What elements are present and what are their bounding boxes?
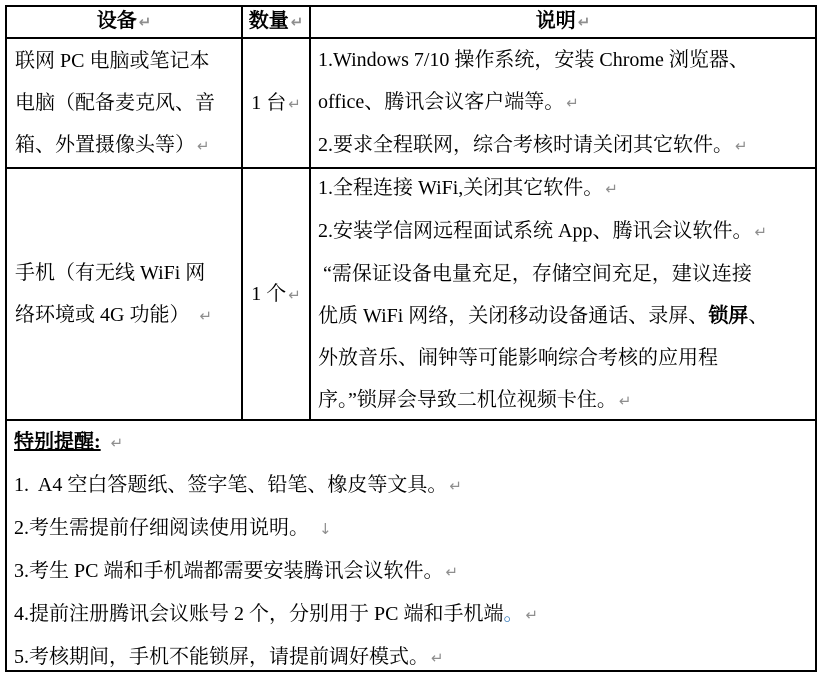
- phone-desc-line6: 序。”锁屏会导致二机位视频卡住。↵: [318, 379, 815, 422]
- pc-device-line3: 箱、外置摄像头等）↵: [15, 124, 241, 167]
- header-cell-device: 设备↵: [7, 7, 243, 37]
- pc-quantity-cell: 1 台↵: [243, 39, 311, 167]
- phone-quantity-cell: 1 个↵: [243, 169, 311, 419]
- paragraph-mark-icon: ↵: [449, 477, 462, 495]
- paragraph-mark-icon: ↵: [288, 95, 301, 113]
- pc-desc-line3: 2.要求全程联网，综合考核时请关闭其它软件。↵: [318, 124, 815, 167]
- pc-desc-line2-text: office、腾讯会议客户端等。: [318, 91, 564, 113]
- reminder-item-2: 2.考生需提前仔细阅读使用说明。↓: [14, 507, 815, 550]
- paragraph-mark-icon: ↵: [431, 649, 444, 667]
- paragraph-mark-icon: ↵: [288, 286, 301, 304]
- header-device: 设备↵: [97, 7, 152, 37]
- header-device-label: 设备: [97, 10, 137, 32]
- phone-desc-line6-text: 序。”锁屏会导致二机位视频卡住。: [318, 389, 617, 411]
- reminder-item-5-text: 5.考核期间，手机不能锁屏，请提前调好模式。: [14, 646, 429, 668]
- reminder-item-2-text: 2.考生需提前仔细阅读使用说明。: [14, 517, 309, 539]
- phone-quantity: 1 个↵: [251, 273, 301, 316]
- paragraph-mark-icon: ↵: [111, 434, 124, 452]
- pc-desc-line2: office、腾讯会议客户端等。↵: [318, 81, 815, 124]
- header-quantity: 数量↵: [249, 7, 304, 37]
- reminders-title: 特别提醒:: [14, 431, 101, 453]
- phone-device-line2: 络环境或 4G 功能）↵: [15, 294, 241, 337]
- equipment-requirements-table: 设备↵ 数量↵ 说明↵ 联网 PC 电脑或笔记本 电脑（配备麦克风、音 箱、外置…: [5, 5, 817, 672]
- reminder-item-1-text: 1. A4 空白答题纸、签字笔、铅笔、橡皮等文具。: [14, 474, 447, 496]
- pc-desc-line3-text: 2.要求全程联网，综合考核时请关闭其它软件。: [318, 134, 733, 156]
- line-break-mark-icon: ↓: [319, 520, 332, 538]
- table-header-row: 设备↵ 数量↵ 说明↵: [7, 7, 815, 39]
- paragraph-mark-icon: ↵: [197, 137, 210, 155]
- pc-device-line3-text: 箱、外置摄像头等）: [15, 134, 195, 156]
- pc-desc-line1: 1.Windows 7/10 操作系统，安装 Chrome 浏览器、: [318, 39, 815, 81]
- pc-quantity: 1 台↵: [251, 82, 301, 125]
- paragraph-mark-icon: ↵: [291, 13, 304, 31]
- phone-desc-line2: 2.安装学信网远程面试系统 App、腾讯会议软件。↵: [318, 210, 815, 253]
- phone-quantity-text: 1 个: [251, 283, 286, 305]
- paragraph-mark-icon: ↵: [199, 307, 212, 325]
- table-row-phone: 手机（有无线 WiFi 网 络环境或 4G 功能）↵ 1 个↵ 1.全程连接 W…: [7, 169, 815, 421]
- phone-desc-line4-pre: 优质 WiFi 网络，关闭移动设备通话、录屏、: [318, 305, 708, 327]
- paragraph-mark-icon: ↵: [619, 392, 632, 410]
- phone-device-line2-text: 络环境或 4G 功能）: [15, 304, 189, 326]
- pc-description-cell: 1.Windows 7/10 操作系统，安装 Chrome 浏览器、 offic…: [311, 39, 815, 167]
- phone-desc-line3: “需保证设备电量充足，存储空间充足，建议连接: [318, 253, 815, 295]
- phone-description-cell: 1.全程连接 WiFi,关闭其它软件。↵ 2.安装学信网远程面试系统 App、腾…: [311, 169, 815, 419]
- pc-quantity-text: 1 台: [251, 92, 286, 114]
- header-description-label: 说明: [536, 10, 576, 32]
- pc-device-cell: 联网 PC 电脑或笔记本 电脑（配备麦克风、音 箱、外置摄像头等）↵: [7, 39, 243, 167]
- paragraph-mark-icon: ↵: [578, 13, 591, 31]
- phone-device-line1: 手机（有无线 WiFi 网: [15, 252, 241, 294]
- phone-desc-line2-text: 2.安装学信网远程面试系统 App、腾讯会议软件。: [318, 220, 752, 242]
- header-cell-description: 说明↵: [311, 7, 815, 37]
- paragraph-mark-icon: ↵: [139, 13, 152, 31]
- reminder-item-3-text: 3.考生 PC 端和手机端都需要安装腾讯会议软件。: [14, 560, 443, 582]
- header-quantity-label: 数量: [249, 10, 289, 32]
- paragraph-mark-icon: ↵: [735, 137, 748, 155]
- phone-desc-line1: 1.全程连接 WiFi,关闭其它软件。↵: [318, 167, 815, 210]
- pc-device-line2: 电脑（配备麦克风、音: [15, 82, 241, 124]
- special-reminders-section: 特别提醒:↵ 1. A4 空白答题纸、签字笔、铅笔、橡皮等文具。↵ 2.考生需提…: [7, 421, 815, 677]
- paragraph-mark-icon: ↵: [754, 223, 767, 241]
- pc-device-line1: 联网 PC 电脑或笔记本: [15, 40, 241, 82]
- phone-desc-line4-post: 、: [748, 305, 768, 327]
- reminder-item-1: 1. A4 空白答题纸、签字笔、铅笔、橡皮等文具。↵: [14, 464, 815, 507]
- reminder-item-5: 5.考核期间，手机不能锁屏，请提前调好模式。↵: [14, 636, 815, 677]
- reminder-item-4: 4.提前注册腾讯会议账号 2 个，分别用于 PC 端和手机端。↵: [14, 593, 815, 636]
- paragraph-mark-icon: ↵: [445, 563, 458, 581]
- reminder-item-4-text: 4.提前注册腾讯会议账号 2 个，分别用于 PC 端和手机端: [14, 603, 503, 625]
- header-description: 说明↵: [536, 7, 591, 37]
- paragraph-mark-icon: ↵: [605, 180, 618, 198]
- reminders-title-line: 特别提醒:↵: [14, 421, 815, 464]
- phone-desc-line4: 优质 WiFi 网络，关闭移动设备通话、录屏、锁屏、: [318, 295, 815, 337]
- paragraph-mark-icon: ↵: [566, 94, 579, 112]
- phone-desc-line1-text: 1.全程连接 WiFi,关闭其它软件。: [318, 177, 603, 199]
- paragraph-mark-icon: ↵: [525, 606, 538, 624]
- reminder-item-3: 3.考生 PC 端和手机端都需要安装腾讯会议软件。↵: [14, 550, 815, 593]
- phone-device-cell: 手机（有无线 WiFi 网 络环境或 4G 功能）↵: [7, 169, 243, 419]
- phone-desc-line4-bold: 锁屏: [708, 305, 748, 327]
- header-cell-quantity: 数量↵: [243, 7, 311, 37]
- reminder-item-4-period: 。: [503, 603, 523, 625]
- phone-desc-line5: 外放音乐、闹钟等可能影响综合考核的应用程: [318, 337, 815, 379]
- table-row-pc: 联网 PC 电脑或笔记本 电脑（配备麦克风、音 箱、外置摄像头等）↵ 1 台↵ …: [7, 39, 815, 169]
